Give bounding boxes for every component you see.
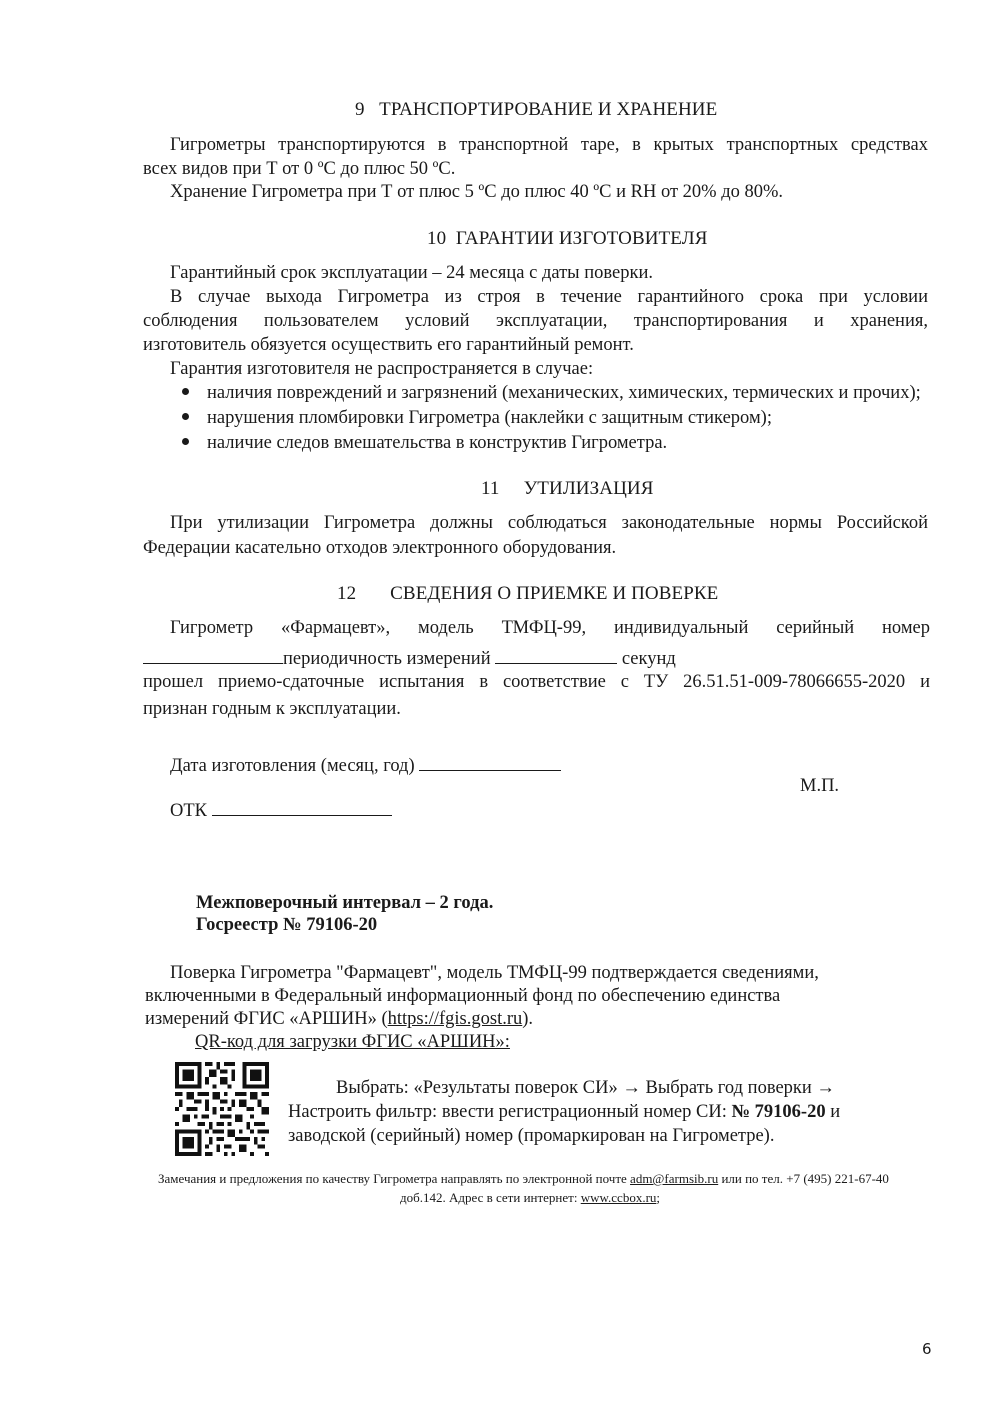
instruction-line-3: заводской (серийный) номер (промаркирова… (288, 1126, 774, 1147)
website-link[interactable]: www.ccbox.ru (581, 1190, 657, 1205)
page-number: 6 (922, 1340, 932, 1358)
serial-number-field[interactable] (143, 645, 283, 664)
instruction-line-1: Выбрать: «Результаты поверок СИ» → Выбра… (336, 1078, 835, 1099)
section-11-title: 11 УТИЛИЗАЦИЯ (481, 478, 654, 500)
verification-interval: Межповерочный интервал – 2 года. (196, 893, 493, 914)
qr-caption: QR-код для загрузки ФГИС «АРШИН»: (195, 1032, 510, 1053)
list-item: наличия повреждений и загрязнений (механ… (182, 383, 921, 404)
verification-line-2: включенными в Федеральный информационный… (145, 986, 780, 1007)
measurement-period-field[interactable] (495, 645, 617, 664)
s10-paragraph-2-line-2: соблюдения пользователем условий эксплуа… (143, 311, 928, 332)
footer-line-2: доб.142. Адрес в сети интернет: www.ccbo… (400, 1190, 660, 1206)
verification-line-1: Поверка Гигрометра "Фармацевт", модель Т… (170, 963, 819, 984)
s12-paragraph-line-3: прошел приемо-сдаточные испытания в соот… (143, 672, 930, 693)
s12-paragraph-line-1: Гигрометр «Фармацевт», модель ТМФЦ-99, и… (170, 618, 930, 639)
section-12-title: 12 СВЕДЕНИЯ О ПРИЕМКЕ И ПОВЕРКЕ (337, 583, 718, 605)
s9-paragraph-1-line-2: всех видов при Т от 0 ºС до плюс 50 ºС. (143, 159, 455, 180)
fgis-link[interactable]: https://fgis.gost.ru (388, 1009, 523, 1029)
s9-paragraph-2: Хранение Гигрометра при Т от плюс 5 ºС д… (170, 182, 783, 203)
s11-paragraph-line-1: При утилизации Гигрометра должны соблюда… (170, 513, 928, 534)
bullet-icon (182, 438, 189, 445)
otk-row: ОТК (170, 797, 392, 822)
footer-line-1: Замечания и предложения по качеству Гигр… (158, 1171, 889, 1187)
s12-paragraph-line-4: признан годным к эксплуатации. (143, 699, 401, 720)
stamp-label: М.П. (800, 776, 839, 797)
list-item: нарушения пломбировки Гигрометра (наклей… (182, 408, 772, 429)
otk-signature-field[interactable] (212, 797, 392, 816)
s10-paragraph-3: Гарантия изготовителя не распространяетс… (170, 359, 593, 380)
s9-paragraph-1-line-1: Гигрометры транспортируются в транспортн… (170, 135, 928, 156)
registry-number: Госреестр № 79106-20 (196, 915, 377, 936)
qr-code-icon[interactable] (174, 1062, 270, 1156)
section-9-title: 9 ТРАНСПОРТИРОВАНИЕ И ХРАНЕНИЕ (355, 99, 717, 121)
email-link[interactable]: adm@farmsib.ru (630, 1171, 718, 1186)
s11-paragraph-line-2: Федерации касательно отходов электронног… (143, 538, 616, 559)
instruction-line-2: Настроить фильтр: ввести регистрационный… (288, 1102, 840, 1123)
s10-paragraph-2-line-1: В случае выхода Гигрометра из строя в те… (170, 287, 928, 308)
s10-paragraph-1: Гарантийный срок эксплуатации – 24 месяц… (170, 263, 653, 284)
verification-line-3: измерений ФГИС «АРШИН» (https://fgis.gos… (145, 1009, 533, 1030)
bullet-icon (182, 413, 189, 420)
manufacture-date-field[interactable] (419, 752, 561, 771)
manufacture-date-row: Дата изготовления (месяц, год) (170, 752, 561, 777)
bullet-icon (182, 388, 189, 395)
s10-paragraph-2-line-3: изготовитель обязуется осуществить его г… (143, 335, 634, 356)
list-item: наличие следов вмешательства в конструкт… (182, 433, 667, 454)
s12-paragraph-line-2: периодичность измерений секунд (143, 645, 676, 670)
section-10-title: 10 ГАРАНТИИ ИЗГОТОВИТЕЛЯ (427, 228, 707, 250)
